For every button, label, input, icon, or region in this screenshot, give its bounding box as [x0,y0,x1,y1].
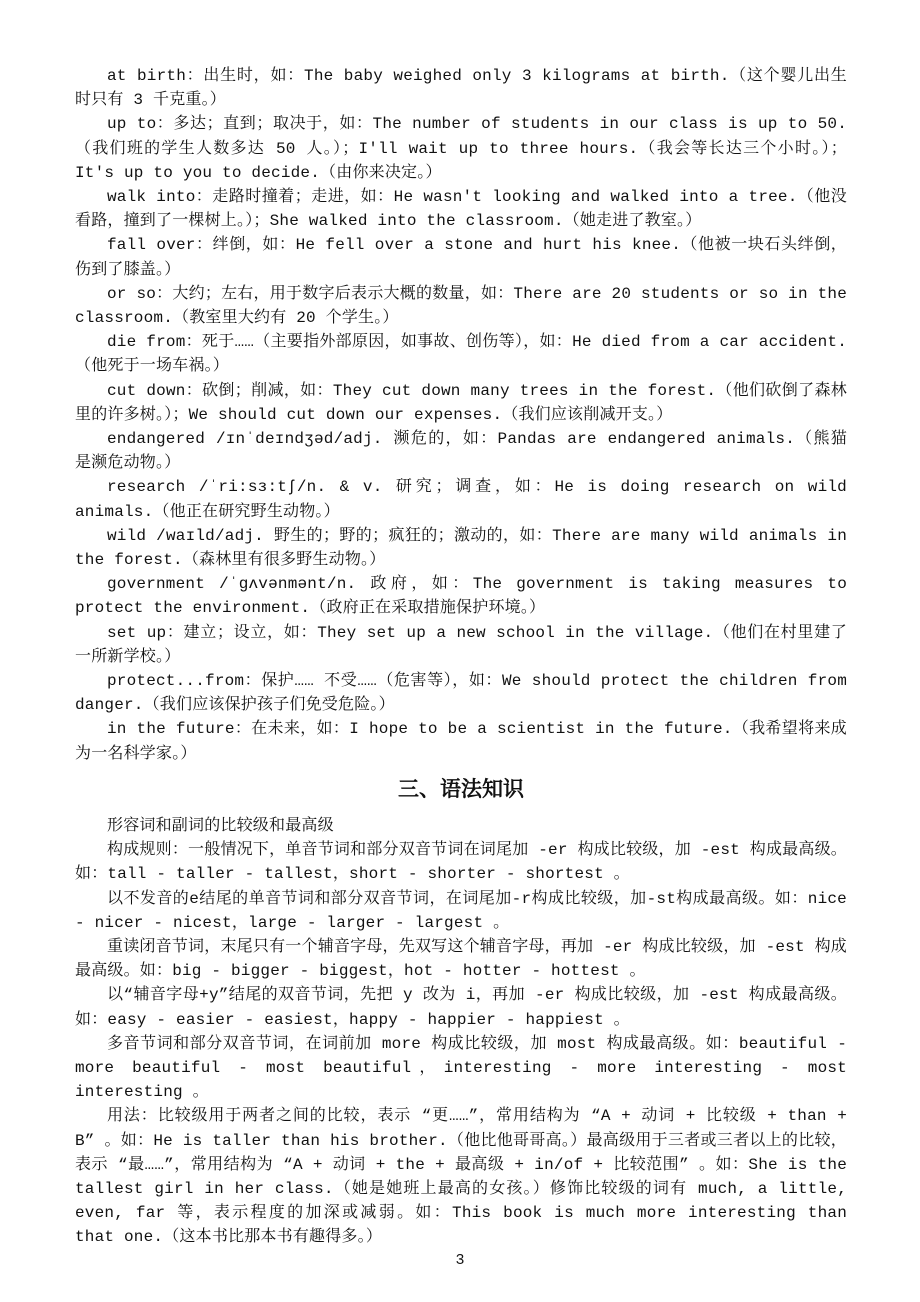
vocab-entry-set-up: set up：建立；设立，如：They set up a new school … [75,621,847,669]
vocab-entry-or-so: or so：大约；左右，用于数字后表示大概的数量，如：There are 20 … [75,282,847,330]
vocab-entry-fall-over: fall over：绊倒，如：He fell over a stone and … [75,233,847,281]
vocab-entry-walk-into: walk into：走路时撞着；走进，如：He wasn't looking a… [75,185,847,233]
grammar-para-rule-consonant-y: 以“辅音字母+y”结尾的双音节词，先把 y 改为 i，再加 -er 构成比较级，… [75,983,847,1031]
grammar-para-intro: 形容词和副词的比较级和最高级 [75,814,847,838]
document-page: at birth：出生时，如：The baby weighed only 3 k… [0,0,920,1302]
vocab-entry-die-from: die from：死于……（主要指外部原因，如事故、创伤等），如：He died… [75,330,847,378]
section-heading-grammar: 三、语法知识 [75,775,847,805]
document-content: at birth：出生时，如：The baby weighed only 3 k… [75,64,847,1250]
grammar-para-usage: 用法：比较级用于两者之间的比较，表示 “更……”，常用结构为 “A + 动词 +… [75,1104,847,1249]
vocab-entry-up-to: up to：多达；直到；取决于，如：The number of students… [75,112,847,185]
grammar-para-rule-silent-e: 以不发音的e结尾的单音节词和部分双音节词，在词尾加-r构成比较级，加-st构成最… [75,887,847,935]
vocab-entry-protect-from: protect...from：保护…… 不受……（危害等），如：We shoul… [75,669,847,717]
page-number: 3 [0,1252,920,1270]
vocab-entry-wild: wild /waɪld/adj. 野生的；野的；疯狂的；激动的，如：There … [75,524,847,572]
grammar-para-rule-more-most: 多音节词和部分双音节词，在词前加 more 构成比较级，加 most 构成最高级… [75,1032,847,1105]
vocab-entry-at-birth: at birth：出生时，如：The baby weighed only 3 k… [75,64,847,112]
vocab-entry-research: research /ˈri:sɜ:tʃ/n. & v. 研究；调查，如：He i… [75,475,847,523]
vocab-entry-government: government /ˈgʌvənmənt/n. 政府，如：The gover… [75,572,847,620]
grammar-para-rule-general: 构成规则：一般情况下，单音节词和部分双音节词在词尾加 -er 构成比较级，加 -… [75,838,847,886]
vocab-entry-in-the-future: in the future：在未来，如：I hope to be a scien… [75,717,847,765]
vocab-entry-cut-down: cut down：砍倒；削减，如：They cut down many tree… [75,379,847,427]
grammar-para-rule-double-consonant: 重读闭音节词，末尾只有一个辅音字母，先双写这个辅音字母，再加 -er 构成比较级… [75,935,847,983]
vocab-entry-endangered: endangered /ɪnˈdeɪndʒəd/adj. 濒危的，如：Panda… [75,427,847,475]
